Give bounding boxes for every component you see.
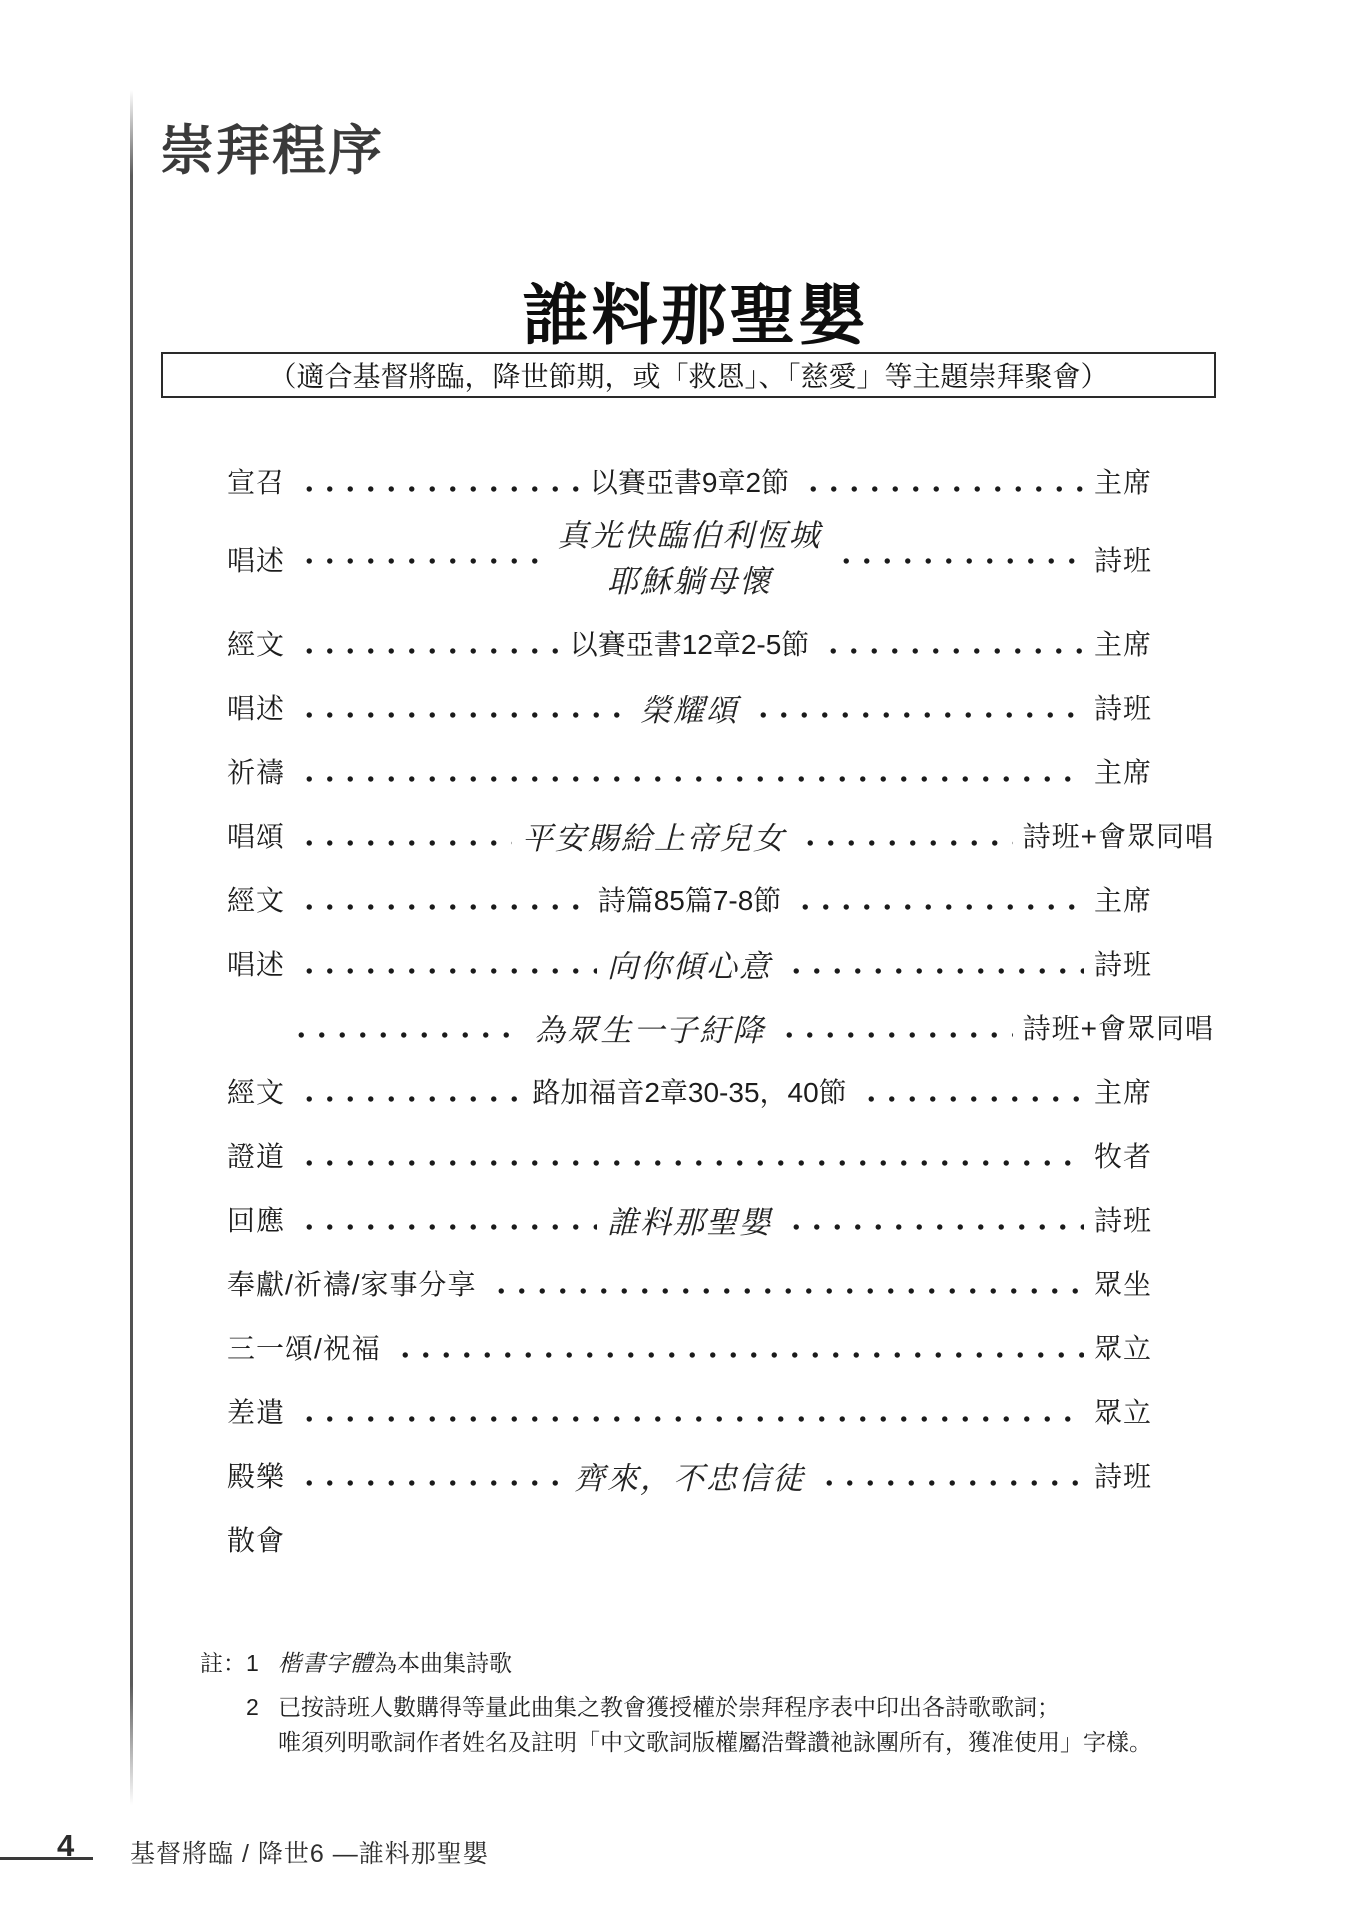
notes-section: 註： 1 楷書字體為本曲集詩歌 2 已按詩班人數購得等量此曲集之教會獲授權於崇拜…	[200, 1646, 1152, 1760]
footer-rule	[0, 1857, 93, 1860]
program-performer: 眾立	[1094, 1327, 1152, 1367]
program-content: 齊來，不忠信徒	[574, 1453, 805, 1498]
program-content-line: 耶穌躺母懷	[558, 559, 822, 605]
dot-leader	[295, 556, 547, 566]
program-performer: 眾立	[1094, 1391, 1152, 1431]
worship-program-page: 崇拜程序 誰料那聖嬰 （適合基督將臨，降世節期，或「救恩」、「慈愛」等主題崇拜聚…	[0, 0, 1358, 1920]
note-2-text: 已按詩班人數購得等量此曲集之教會獲授權於崇拜程序表中印出各詩歌歌詞； 唯須列明歌…	[278, 1690, 1152, 1760]
program-item-label: 奉獻/祈禱/家事分享	[227, 1263, 477, 1303]
dot-leader	[782, 966, 1084, 976]
program-row: 唱述向你傾心意詩班	[227, 931, 1152, 995]
program-row: 三一頌/祝福眾立	[227, 1315, 1152, 1379]
dot-leader	[295, 710, 630, 720]
dot-leader	[295, 902, 588, 912]
program-row: 殿樂齊來，不忠信徒詩班	[227, 1443, 1152, 1507]
page-title: 誰料那聖嬰	[523, 262, 868, 357]
program-performer: 牧者	[1094, 1135, 1152, 1175]
program-performer: 詩班	[1094, 1455, 1152, 1495]
dot-leader	[782, 1222, 1084, 1232]
dot-leader	[796, 838, 1013, 848]
program-content: 以賽亞書12章2-5節	[570, 623, 810, 663]
program-row: 奉獻/祈禱/家事分享眾坐	[227, 1251, 1152, 1315]
program-row: 唱述榮耀頌詩班	[227, 675, 1152, 739]
program-performer: 詩班+會眾同唱	[1023, 815, 1214, 855]
program-row: 經文詩篇85篇7-8節主席	[227, 867, 1152, 931]
note-2-number: 2	[246, 1690, 278, 1725]
program-content: 誰料那聖嬰	[607, 1197, 772, 1242]
note-label: 註：	[200, 1646, 246, 1681]
note-2: 2 已按詩班人數購得等量此曲集之教會獲授權於崇拜程序表中印出各詩歌歌詞； 唯須列…	[246, 1690, 1152, 1760]
dot-leader	[832, 556, 1084, 566]
dot-leader	[295, 838, 512, 848]
program-performer: 詩班	[1094, 1199, 1152, 1239]
program-content: 平安賜給上帝兒女	[522, 813, 786, 858]
program-performer: 主席	[1094, 623, 1152, 663]
note-1-text: 楷書字體為本曲集詩歌	[278, 1646, 512, 1682]
program-item-label: 祈禱	[227, 751, 285, 791]
subtitle-box: （適合基督將臨，降世節期，或「救恩」、「慈愛」等主題崇拜聚會）	[161, 352, 1216, 398]
dot-leader	[295, 1414, 1084, 1424]
left-margin-rule	[130, 90, 133, 1805]
dot-leader	[487, 1286, 1084, 1296]
dot-leader	[295, 646, 560, 656]
dot-leader	[295, 484, 580, 494]
program-content-line: 真光快臨伯利恆城	[558, 513, 822, 559]
note-1-rest: 為本曲集詩歌	[374, 1650, 512, 1676]
program-item-label: 經文	[227, 623, 285, 663]
program-performer: 主席	[1094, 1071, 1152, 1111]
dot-leader	[295, 1158, 1084, 1168]
dot-leader	[799, 484, 1084, 494]
program-item-label: 證道	[227, 1135, 285, 1175]
section-heading: 崇拜程序	[160, 108, 384, 185]
footer-title: 基督將臨 / 降世6 —誰料那聖嬰	[130, 1834, 489, 1870]
program-row: 回應誰料那聖嬰詩班	[227, 1187, 1152, 1251]
dot-leader	[749, 710, 1084, 720]
program-row: 經文以賽亞書12章2-5節主席	[227, 611, 1152, 675]
dot-leader	[815, 1478, 1084, 1488]
program-content: 路加福音2章30-35，40節	[532, 1071, 846, 1111]
subtitle-text: （適合基督將臨，降世節期，或「救恩」、「慈愛」等主題崇拜聚會）	[268, 355, 1108, 395]
program-item-label: 三一頌/祝福	[227, 1327, 381, 1367]
program-performer: 詩班	[1094, 539, 1152, 579]
program-row: 宣召以賽亞書9章2節主席	[227, 455, 1152, 507]
note-1-number: 1	[246, 1646, 278, 1681]
dot-leader	[295, 966, 597, 976]
program-row: 差遣眾立	[227, 1379, 1152, 1443]
program-performer: 眾坐	[1094, 1263, 1152, 1303]
program-row: 唱頌平安賜給上帝兒女詩班+會眾同唱	[227, 803, 1152, 867]
program-item-label: 宣召	[227, 461, 285, 501]
program-row: 祈禱主席	[227, 739, 1152, 803]
program-item-label: 唱述	[227, 687, 285, 727]
program-item-label: 唱頌	[227, 815, 285, 855]
note-2-line-1: 已按詩班人數購得等量此曲集之教會獲授權於崇拜程序表中印出各詩歌歌詞；	[278, 1694, 1060, 1720]
program-content: 為眾生一子紆降	[534, 1005, 765, 1050]
program-row: 證道牧者	[227, 1123, 1152, 1187]
program-content: 榮耀頌	[640, 685, 739, 730]
program-content: 詩篇85篇7-8節	[598, 879, 782, 919]
program-item-label: 唱述	[227, 539, 285, 579]
dot-leader	[295, 774, 1084, 784]
dot-leader	[791, 902, 1084, 912]
dot-leader	[295, 1222, 597, 1232]
dot-leader	[295, 1094, 522, 1104]
program-row: 經文路加福音2章30-35，40節主席	[227, 1059, 1152, 1123]
note-1: 註： 1 楷書字體為本曲集詩歌	[200, 1646, 1152, 1682]
program-item-label: 唱述	[227, 943, 285, 983]
program-content: 以賽亞書9章2節	[590, 461, 789, 501]
program-performer: 詩班	[1094, 687, 1152, 727]
program-item-label: 殿樂	[227, 1455, 285, 1495]
program-list: 宣召以賽亞書9章2節主席唱述真光快臨伯利恆城耶穌躺母懷詩班經文以賽亞書12章2-…	[227, 455, 1152, 1571]
note-2-line-2: 唯須列明歌詞作者姓名及註明「中文歌詞版權屬浩聲讚祂詠團所有，獲准使用」字樣。	[278, 1729, 1152, 1755]
program-row: 散會	[227, 1507, 1152, 1571]
dot-leader	[391, 1350, 1084, 1360]
page-number: 4	[57, 1828, 74, 1864]
program-item-label: 回應	[227, 1199, 285, 1239]
dot-leader	[287, 1030, 524, 1040]
program-content: 真光快臨伯利恆城耶穌躺母懷	[558, 513, 822, 605]
program-performer: 主席	[1094, 461, 1152, 501]
program-performer: 主席	[1094, 751, 1152, 791]
dot-leader	[775, 1030, 1012, 1040]
note-1-kai-sample: 楷書字體	[278, 1651, 374, 1677]
dot-leader	[819, 646, 1084, 656]
program-item-label: 經文	[227, 1071, 285, 1111]
dot-leader	[295, 1478, 564, 1488]
program-performer: 詩班	[1094, 943, 1152, 983]
program-row: 唱述真光快臨伯利恆城耶穌躺母懷詩班	[227, 507, 1152, 611]
program-item-label: 經文	[227, 879, 285, 919]
program-content: 向你傾心意	[607, 941, 772, 986]
program-performer: 主席	[1094, 879, 1152, 919]
program-performer: 詩班+會眾同唱	[1023, 1007, 1214, 1047]
program-item-label: 散會	[227, 1519, 285, 1559]
dot-leader	[857, 1094, 1084, 1104]
program-row: 為眾生一子紆降詩班+會眾同唱	[227, 995, 1152, 1059]
program-item-label: 差遣	[227, 1391, 285, 1431]
